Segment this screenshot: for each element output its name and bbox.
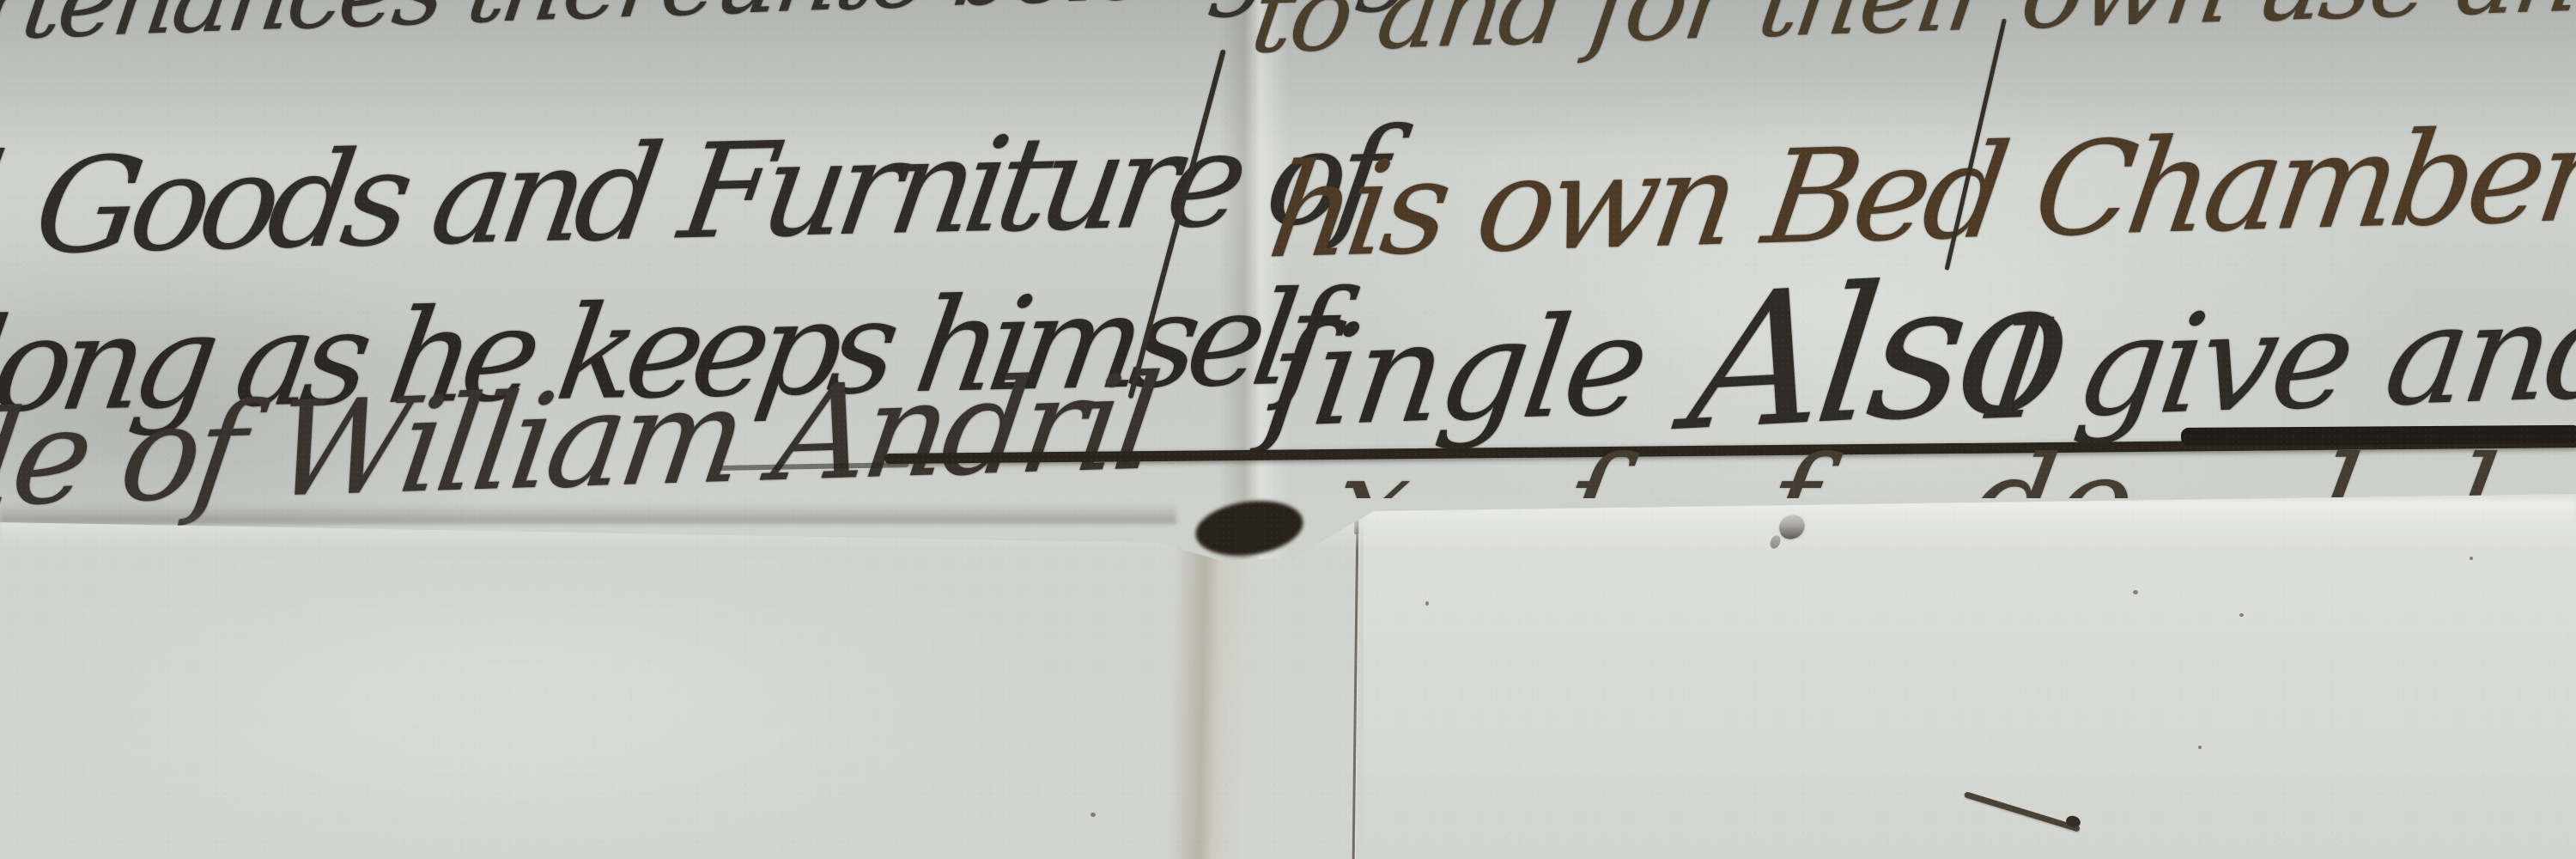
handwriting-line3-part4: I give and bbox=[1982, 281, 2576, 440]
dust-speck bbox=[2133, 590, 2138, 594]
dust-speck bbox=[2239, 613, 2244, 617]
handwriting-line2-edge-fragment: l bbox=[0, 137, 12, 266]
handwriting-line1-left: rtenances thereunto belonging bbox=[0, 0, 1425, 56]
handwriting-line4-left: le of William Andril bbox=[0, 357, 1162, 526]
cut-line-fragment-text: x ſ f do bbox=[1335, 445, 2146, 498]
handwriting-line1-right: to and for their own use and bbox=[1246, 0, 2576, 70]
fold-intersection-stain bbox=[1192, 495, 1306, 563]
horizontal-fold-shadow-thick bbox=[2181, 425, 2576, 446]
sheet-edge-shadow bbox=[0, 503, 1176, 524]
dust-speck bbox=[1425, 601, 1429, 606]
cut-line-fragment-text-right: l l bbox=[2304, 445, 2506, 498]
cut-line-fragments: x ſ f dol l bbox=[1335, 445, 2555, 498]
vertical-fold-crease-soft bbox=[1168, 536, 1249, 859]
dust-speck bbox=[2470, 557, 2473, 560]
photo-canvas: rtenances thereunto belonging to and for… bbox=[0, 0, 2576, 859]
dust-speck bbox=[1091, 813, 1096, 817]
handwriting-line3-part2: ſingle bbox=[1258, 296, 1653, 448]
dust-speck bbox=[2198, 746, 2202, 749]
